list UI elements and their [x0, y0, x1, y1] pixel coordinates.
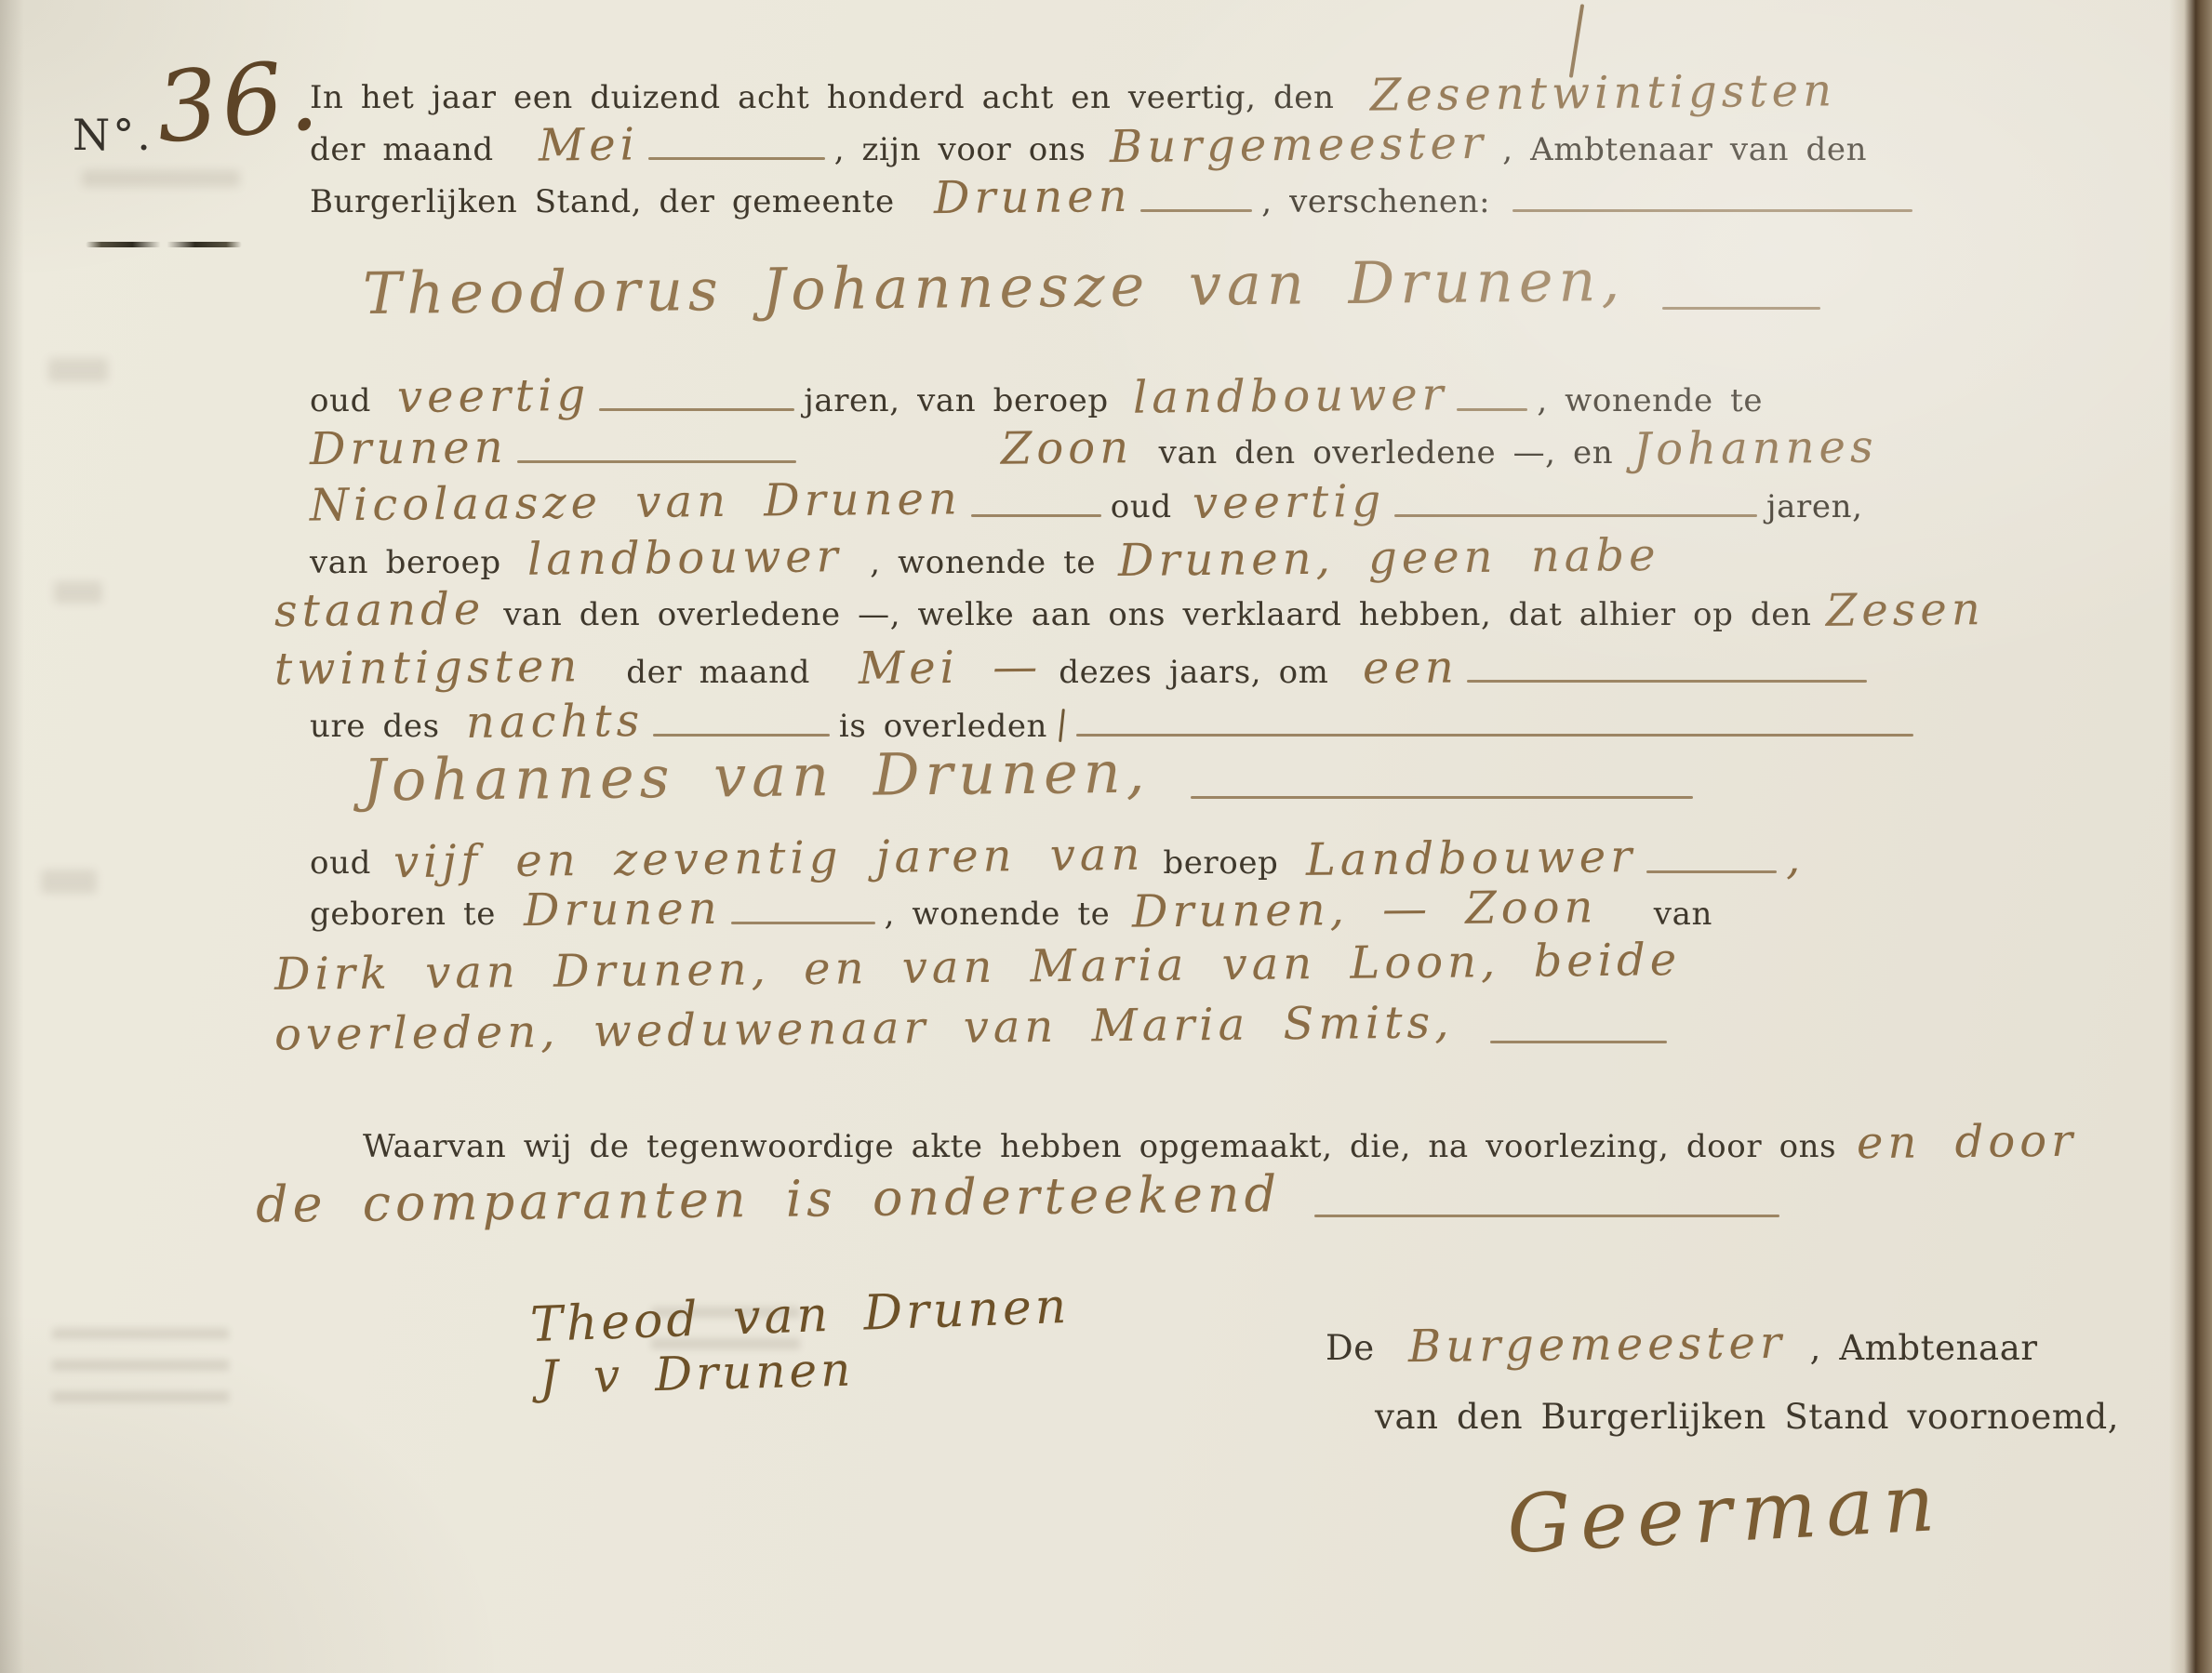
body-line-2: der maand Mei , zijn voor ons Burgemeest… — [310, 119, 1867, 171]
declarant-1-signature: Theod van Drunen — [529, 1279, 1071, 1353]
fill-rule — [517, 460, 796, 463]
ink-bleed-through — [48, 358, 108, 382]
printed-year-text: In het jaar een duizend acht honderd ach… — [310, 79, 1335, 116]
printed-municipality-label: Burgerlijken Stand, der gemeente — [310, 183, 895, 220]
declarant-2-signature: J v Drunen — [539, 1343, 855, 1405]
deceased-residence: Drunen, — Zoon — [1132, 881, 1598, 937]
printed-age-label-2: oud — [1111, 488, 1172, 525]
death-hour-value: een — [1362, 641, 1458, 694]
official-title-line: De Burgemeester , Ambtenaar — [1326, 1319, 2038, 1371]
declarant-2-relation: staande — [274, 583, 486, 637]
printed-official-suffix: , Ambtenaar van den — [1502, 131, 1867, 168]
declarant-1-relation: Zoon — [1000, 421, 1133, 474]
deceased-parents: Dirk van Drunen, en van Maria van Loon, … — [274, 934, 1682, 1001]
printed-official-line2: van den Burgerlijken Stand voornoemd, — [1375, 1397, 2119, 1437]
printed-closing-text: Waarvan wij de tegenwoordige akte hebben… — [363, 1128, 1836, 1165]
closing-signed-text: de comparanten is onderteekend — [256, 1164, 1282, 1234]
month-value: Mei — [539, 118, 639, 171]
fill-rule — [1467, 680, 1867, 683]
fill-rule — [1394, 514, 1757, 517]
ink-bleed-through — [41, 870, 97, 894]
death-time-of-day: nachts — [465, 695, 644, 749]
fill-rule — [648, 157, 825, 160]
declarant-1-residence: Drunen — [310, 421, 508, 475]
deceased-birthplace: Drunen — [524, 883, 722, 936]
document-page: N°. 36. In het jaar een duizend acht hon… — [0, 0, 2212, 1673]
printed-before-official: , zijn voor ons — [834, 131, 1086, 168]
declarant-1-age: veertig — [397, 369, 591, 423]
printed-appeared-label: , verschenen: — [1261, 183, 1490, 220]
printed-month-label: der maand — [310, 131, 494, 168]
death-report-day: Zesentwintigsten — [1369, 64, 1836, 121]
printed-age-label: oud — [310, 382, 371, 419]
printed-de-label: De — [1326, 1328, 1375, 1368]
body-line-1: In het jaar een duizend acht honderd ach… — [310, 67, 1836, 119]
fill-rule — [1490, 1041, 1667, 1043]
official-signature-line: Geerman — [1507, 1467, 1944, 1560]
deceased-name: Johannes van Drunen, — [363, 738, 1151, 815]
body-line-7: Nicolaasze van Drunen oud veertig jaren, — [310, 476, 1862, 528]
death-month-value: Mei — — [859, 641, 1043, 695]
body-line-16: overleden, weduwenaar van Maria Smits, — [274, 1002, 1676, 1055]
fill-rule — [1076, 734, 1913, 737]
declarant-signature-2-line: J v Drunen — [540, 1347, 854, 1401]
body-line-8: van beroep landbouwer , wonende te Drune… — [310, 532, 1660, 584]
official-title-line-2: van den Burgerlijken Stand voornoemd, — [1375, 1397, 2119, 1437]
death-day-part1: Zesen — [1826, 583, 1985, 637]
printed-month-label-2: der maand — [626, 654, 810, 691]
death-day-part2: twintigsten — [274, 640, 582, 695]
fill-rule — [971, 514, 1101, 517]
fill-rule — [599, 408, 794, 411]
ink-bleed-through — [52, 1328, 229, 1408]
ink-tick — [1059, 709, 1065, 742]
deceased-profession: Landbouwer — [1306, 830, 1637, 886]
closing-line-1: Waarvan wij de tegenwoordige akte hebben… — [363, 1116, 2077, 1168]
body-line-9: staande van den overledene —, welke aan … — [274, 584, 1985, 636]
body-line-5: oud veertig jaren, van beroep landbouwer… — [310, 370, 1763, 422]
declarant-1-name: Theodorus Johannesze van Drunen, — [363, 246, 1626, 327]
declarant-2-profession: landbouwer — [526, 530, 842, 586]
printed-years-label-2: jaren, — [1766, 488, 1863, 525]
handwritten-comma: , — [1785, 832, 1805, 884]
official-title-value: Burgemeester — [1110, 117, 1487, 173]
fill-rule — [1191, 796, 1693, 799]
fill-rule — [1646, 870, 1777, 873]
fill-rule — [653, 734, 830, 737]
printed-age-label-3: oud — [310, 844, 371, 882]
declarant-2-first-name: Johannes — [1633, 421, 1878, 476]
printed-ambtenaar-label: , Ambtenaar — [1810, 1328, 2038, 1368]
printed-years-profession: jaren, van beroep — [804, 382, 1109, 419]
fill-rule — [731, 922, 875, 924]
official-role-value: Burgemeester — [1407, 1317, 1785, 1373]
deceased-age: vijf en zeventig jaren van — [393, 829, 1145, 888]
ink-bleed-through — [54, 581, 102, 604]
declarant-2-residence: Drunen, geen nabe — [1118, 529, 1660, 587]
printed-profession-label-3: beroep — [1163, 844, 1278, 882]
deceased-marital-status: overleden, weduwenaar van Maria Smits, — [274, 996, 1454, 1060]
official-signature: Geerman — [1505, 1456, 1946, 1572]
body-line-3: Burgerlijken Stand, der gemeente Drunen … — [310, 171, 1922, 223]
municipality-value: Drunen — [933, 170, 1131, 224]
body-line-14: geboren te Drunen , wonende te Drunen, —… — [310, 883, 1712, 936]
divider-ornament — [86, 242, 242, 247]
fill-rule — [1512, 209, 1912, 212]
printed-this-year-at: dezes jaars, om — [1059, 654, 1328, 691]
body-line-6: Drunen Zoon van den overledene —, en Joh… — [310, 422, 1878, 474]
body-line-15: Dirk van Drunen, en van Maria van Loon, … — [274, 941, 1681, 993]
printed-residing-label-2: , wonende te — [870, 544, 1096, 581]
act-number-value: 36. — [152, 38, 326, 166]
fill-rule — [1662, 307, 1820, 310]
printed-son-of: van — [1654, 896, 1712, 933]
ink-bleed-through — [82, 170, 240, 187]
act-number-label: N°. — [73, 110, 153, 160]
fill-rule — [1140, 209, 1252, 212]
declarant-2-age: veertig — [1192, 475, 1385, 529]
deceased-name-line: Johannes van Drunen, — [363, 742, 1702, 810]
declarant-1-name-line: Theodorus Johannesze van Drunen, — [363, 253, 1830, 321]
act-number: N°. — [73, 110, 153, 160]
page-binding-edge — [2169, 0, 2212, 1673]
printed-hour-label: ure des — [310, 708, 440, 745]
declarant-signature-1-line: Theod van Drunen — [530, 1288, 1070, 1344]
body-line-13: oud vijf en zeventig jaren van beroep La… — [310, 832, 1805, 884]
printed-residing-label-3: , wonende te — [885, 896, 1111, 933]
printed-declaration-text: van den overledene —, welke aan ons verk… — [503, 596, 1811, 633]
page-left-edge — [0, 0, 24, 1673]
fill-rule — [1314, 1215, 1779, 1217]
closing-hand-text: en door — [1857, 1115, 2078, 1169]
printed-of-deceased: van den overledene —, en — [1159, 434, 1614, 471]
act-number-handwritten: 36. — [156, 45, 321, 158]
declarant-1-profession: landbouwer — [1132, 368, 1447, 424]
printed-born-at-label: geboren te — [310, 896, 496, 933]
printed-profession-label-2: van beroep — [310, 544, 501, 581]
declarant-2-name: Nicolaasze van Drunen — [310, 472, 962, 531]
fill-rule — [1457, 408, 1527, 411]
printed-residing-label: , wonende te — [1537, 382, 1763, 419]
closing-line-2: de comparanten is onderteekend — [256, 1170, 1789, 1228]
body-line-10: twintigsten der maand Mei — dezes jaars,… — [274, 642, 1876, 694]
